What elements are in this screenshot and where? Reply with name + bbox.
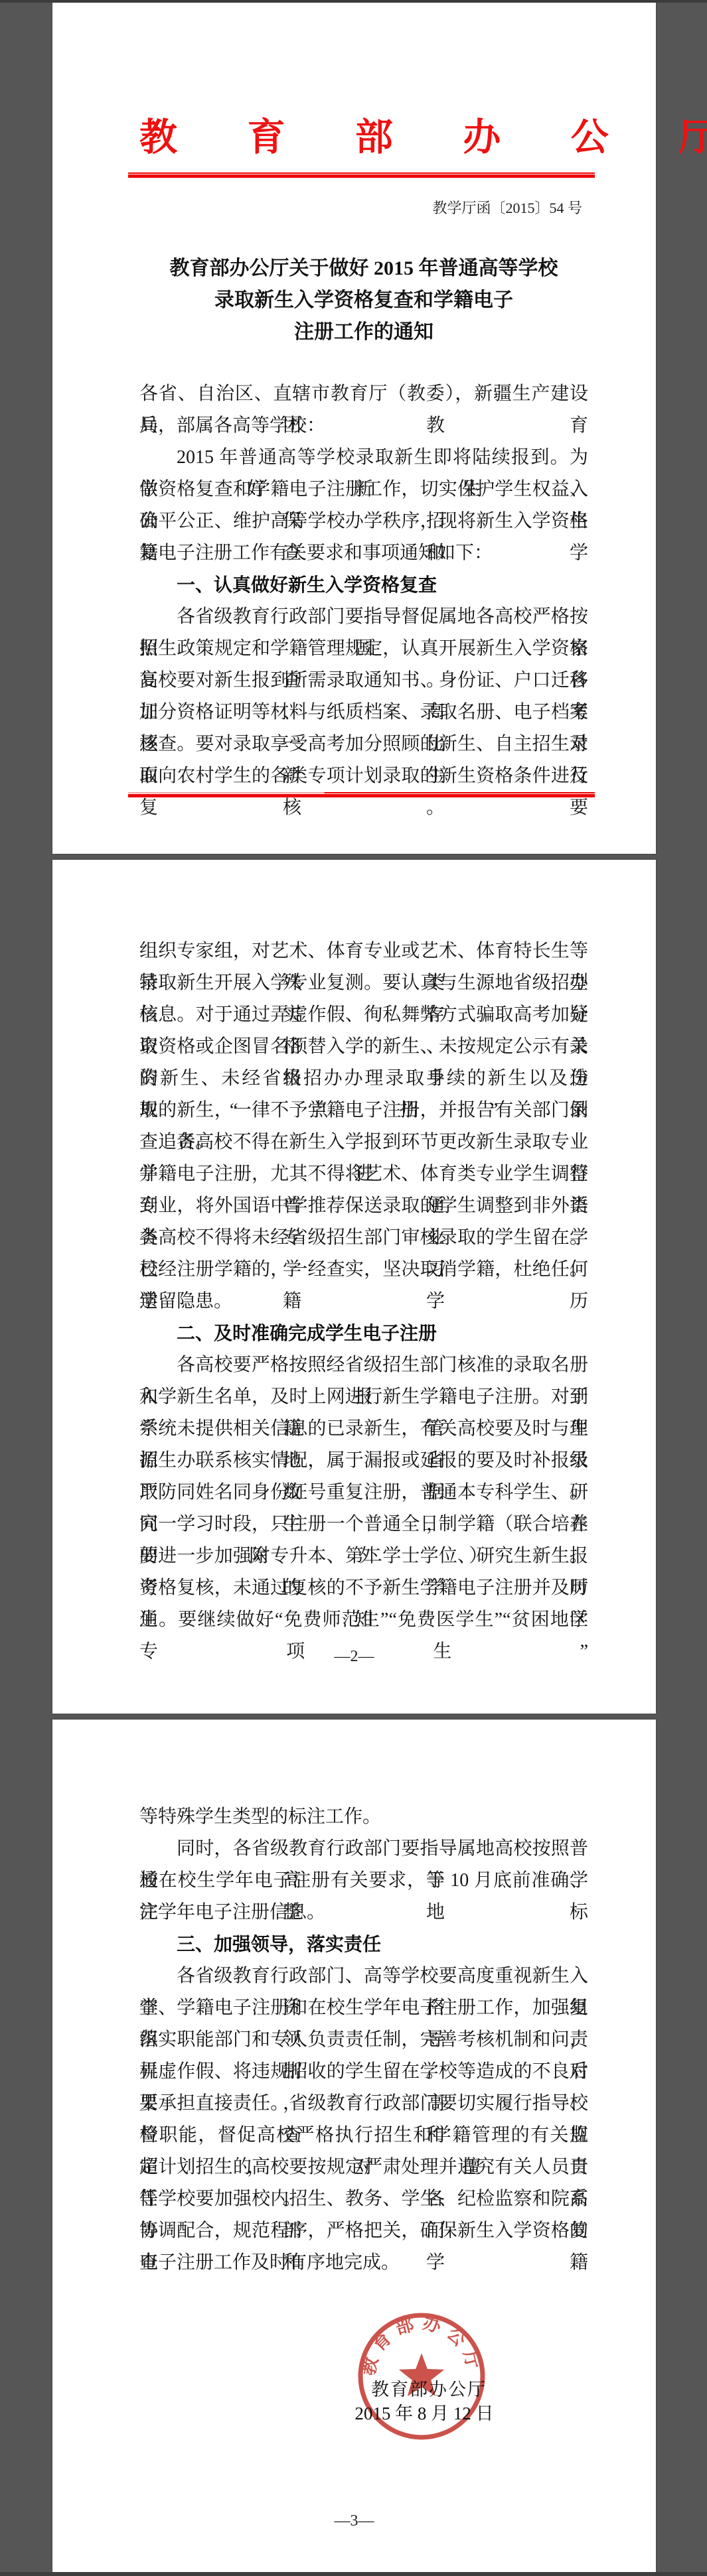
page2-body: 组织专家组，对艺术、体育专业或艺术、体育特长生等特殊类型 录取新生开展入学专业复…	[139, 935, 588, 1636]
recipient-line: 各省、自治区、直辖市教育厅（教委），新疆生产建设兵团教育	[139, 378, 588, 410]
body-line: 严防同姓名同身份证号重复注册，普通本专科学生、研究生，在	[139, 1477, 588, 1509]
body-line: 公平公正、维护高等学校办学秩序，现将新生入学资格复查和学	[139, 506, 588, 537]
section-heading-1: 一、认真做好新生入学资格复查	[139, 569, 588, 601]
body-line: 各高校不得在新生入学报到环节更改新生录取专业并进行	[139, 1126, 588, 1158]
title-line: 注册工作的通知	[139, 316, 588, 348]
body-line: 落实职能部门和专人负责责任制，完善考核机制和问责机制。对	[139, 2024, 588, 2056]
body-line: 协调配合，规范程序，严格把关，确保新生入学资格复查和学籍	[139, 2215, 588, 2247]
body-line: 招生政策规定和学籍管理规定，认真开展新生入学资格复查。各	[139, 633, 588, 665]
viewer-bottom-edge	[0, 2572, 707, 2576]
document-page-2: 组织专家组，对艺术、体育专业或艺术、体育特长生等特殊类型 录取新生开展入学专业复…	[52, 860, 656, 1714]
document-page-1: 教 育 部 办 公 厅 教学厅函〔2015〕54 号 教育部办公厅关于做好 20…	[52, 3, 656, 854]
body-line: 核查。要对录取享受高考加分照顾的新生、自主招生录取新生及	[139, 728, 588, 760]
body-line: 加分资格证明等材料与纸质档案、录取名册、电子档案逐一比对	[139, 697, 588, 728]
body-line: 资格复核，未通过复核的不予新生学籍电子注册并及时通知学	[139, 1572, 588, 1604]
signature-date: 2015 年 8 月 12 日	[291, 2399, 557, 2425]
body-line: 生。要继续做好“免费师范生”“免费医学生”“贫困地区专项生”	[139, 1604, 588, 1636]
body-line: 组织专家组，对艺术、体育专业或艺术、体育特长生等特殊类型	[139, 935, 588, 967]
document-page-3: 等特殊学生类型的标注工作。 同时，各省级教育行政部门要指导属地高校按照普通高等学…	[52, 1720, 656, 2572]
body-line: 各省级教育行政部门要指导督促属地各高校严格按照国家	[139, 601, 588, 633]
body-line: 信息。对于通过弄虚作假、徇私舞弊方式骗取高考加分资格、录	[139, 999, 588, 1031]
body-line: 已经注册学籍的，一经查实，坚决取消学籍，杜绝任何学籍学历	[139, 1254, 588, 1286]
body-line: 录取新生开展入学专业复测。要认真与生源地省级招办核实存疑	[139, 967, 588, 999]
section-heading-2: 二、及时准确完成学生电子注册	[139, 1318, 588, 1349]
document-title: 教育部办公厅关于做好 2015 年普通高等学校 录取新生入学资格复查和学籍电子 …	[139, 253, 588, 348]
body-line: 等学校要加强校内招生、教务、学生、纪检监察和院系等部门的	[139, 2183, 588, 2215]
body-line: 入学新生名单，及时上网进行新生学籍电子注册。对于学籍管理	[139, 1381, 588, 1413]
title-line: 教育部办公厅关于做好 2015 年普通高等学校	[139, 253, 588, 285]
page-number-2: —2—	[52, 1648, 656, 1666]
title-line: 录取新生入学资格复查和学籍电子	[139, 285, 588, 316]
body-line: 系统未提供相关信息的已录新生，有关高校要及时与生源地省级	[139, 1413, 588, 1445]
document-number: 教学厅函〔2015〕54 号	[139, 198, 588, 218]
page-number-3: —3—	[52, 2512, 656, 2530]
document-viewer: 教 育 部 办 公 厅 教学厅函〔2015〕54 号 教育部办公厅关于做好 20…	[0, 0, 707, 2576]
body-line: 各高校不得将未经省级招生部门审核录取的学生留在学校学习。	[139, 1222, 588, 1254]
body-line: 2015 年普通高等学校录取新生即将陆续报到。为做好新生入	[139, 442, 588, 474]
body-line: 取的新生，一律不予学籍电子注册，并报告有关部门倒查追责。	[139, 1095, 588, 1126]
body-line: 查、学籍电子注册和在校生学年电子注册工作，加强组织领导，	[139, 1992, 588, 2024]
agency-header: 教 育 部 办 公 厅	[139, 118, 619, 158]
body-line: 等特殊学生类型的标注工作。	[139, 1801, 588, 1833]
body-line: 招生办联系核实情况，属于漏报或延报的要及时补报录取数据。	[139, 1445, 588, 1477]
rule-thick-line	[128, 174, 595, 178]
body-line: 超计划招生的高校要按规定严肃处理并追究有关人员责任。各高	[139, 2151, 588, 2183]
signature-agency: 教育部办公厅	[296, 2375, 562, 2401]
body-line: 取资格或企图冒名顶替入学的新生、未按规定公示有关资格身份	[139, 1031, 588, 1063]
body-line: 要进一步加强对专升本、第二学士学位、研究生新生报考的学历	[139, 1540, 588, 1572]
body-line: 各高校要严格按照经省级招生部门核准的录取名册和报到	[139, 1349, 588, 1381]
body-line: 弄虚作假、将违规招收的学生留在学校等造成的不良后果，高校	[139, 2056, 588, 2088]
header-red-rule	[128, 172, 595, 178]
body-line: 专业，将外国语中学推荐保送录取的学生调整到非外语类专业。	[139, 1190, 588, 1222]
body-line: 督职能，督促高校严格执行招生和学籍管理的有关规定，对擅自	[139, 2120, 588, 2151]
body-line: 高校要对新生报到所需录取通知书、身份证、户口迁移证、高考	[139, 665, 588, 697]
page1-body: 各省、自治区、直辖市教育厅（教委），新疆生产建设兵团教育 局，部属各高等学校： …	[139, 378, 588, 792]
body-line: 学资格复查和学籍电子注册工作，切实保护学生权益、确保招生	[139, 474, 588, 506]
section-heading-3: 三、加强领导，落实责任	[139, 1929, 588, 1960]
page3-body: 等特殊学生类型的标注工作。 同时，各省级教育行政部门要指导属地高校按照普通高等学…	[139, 1801, 588, 2279]
body-line: 学籍电子注册，尤其不得将艺术、体育类专业学生调整到普通类	[139, 1158, 588, 1190]
body-line: 要承担直接责任。省级教育行政部门要切实履行指导、检查和监	[139, 2088, 588, 2120]
body-line: 面向农村学生的各类专项计划录取的新生资格条件进行复核。要	[139, 760, 588, 792]
body-line: 的新生、未经省级招办办理录取手续的新生以及违规“点招”录	[139, 1063, 588, 1095]
body-line: 同一学习时段，只注册一个普通全日制学籍（联合培养的除外）。	[139, 1509, 588, 1540]
body-line: 同时，各省级教育行政部门要指导属地高校按照普通高等学	[139, 1833, 588, 1865]
body-line: 各省级教育行政部门、高等学校要高度重视新生入学资格复	[139, 1960, 588, 1992]
body-line: 校在校生学年电子注册有关要求，于 10 月底前准确、完整地标	[139, 1865, 588, 1897]
